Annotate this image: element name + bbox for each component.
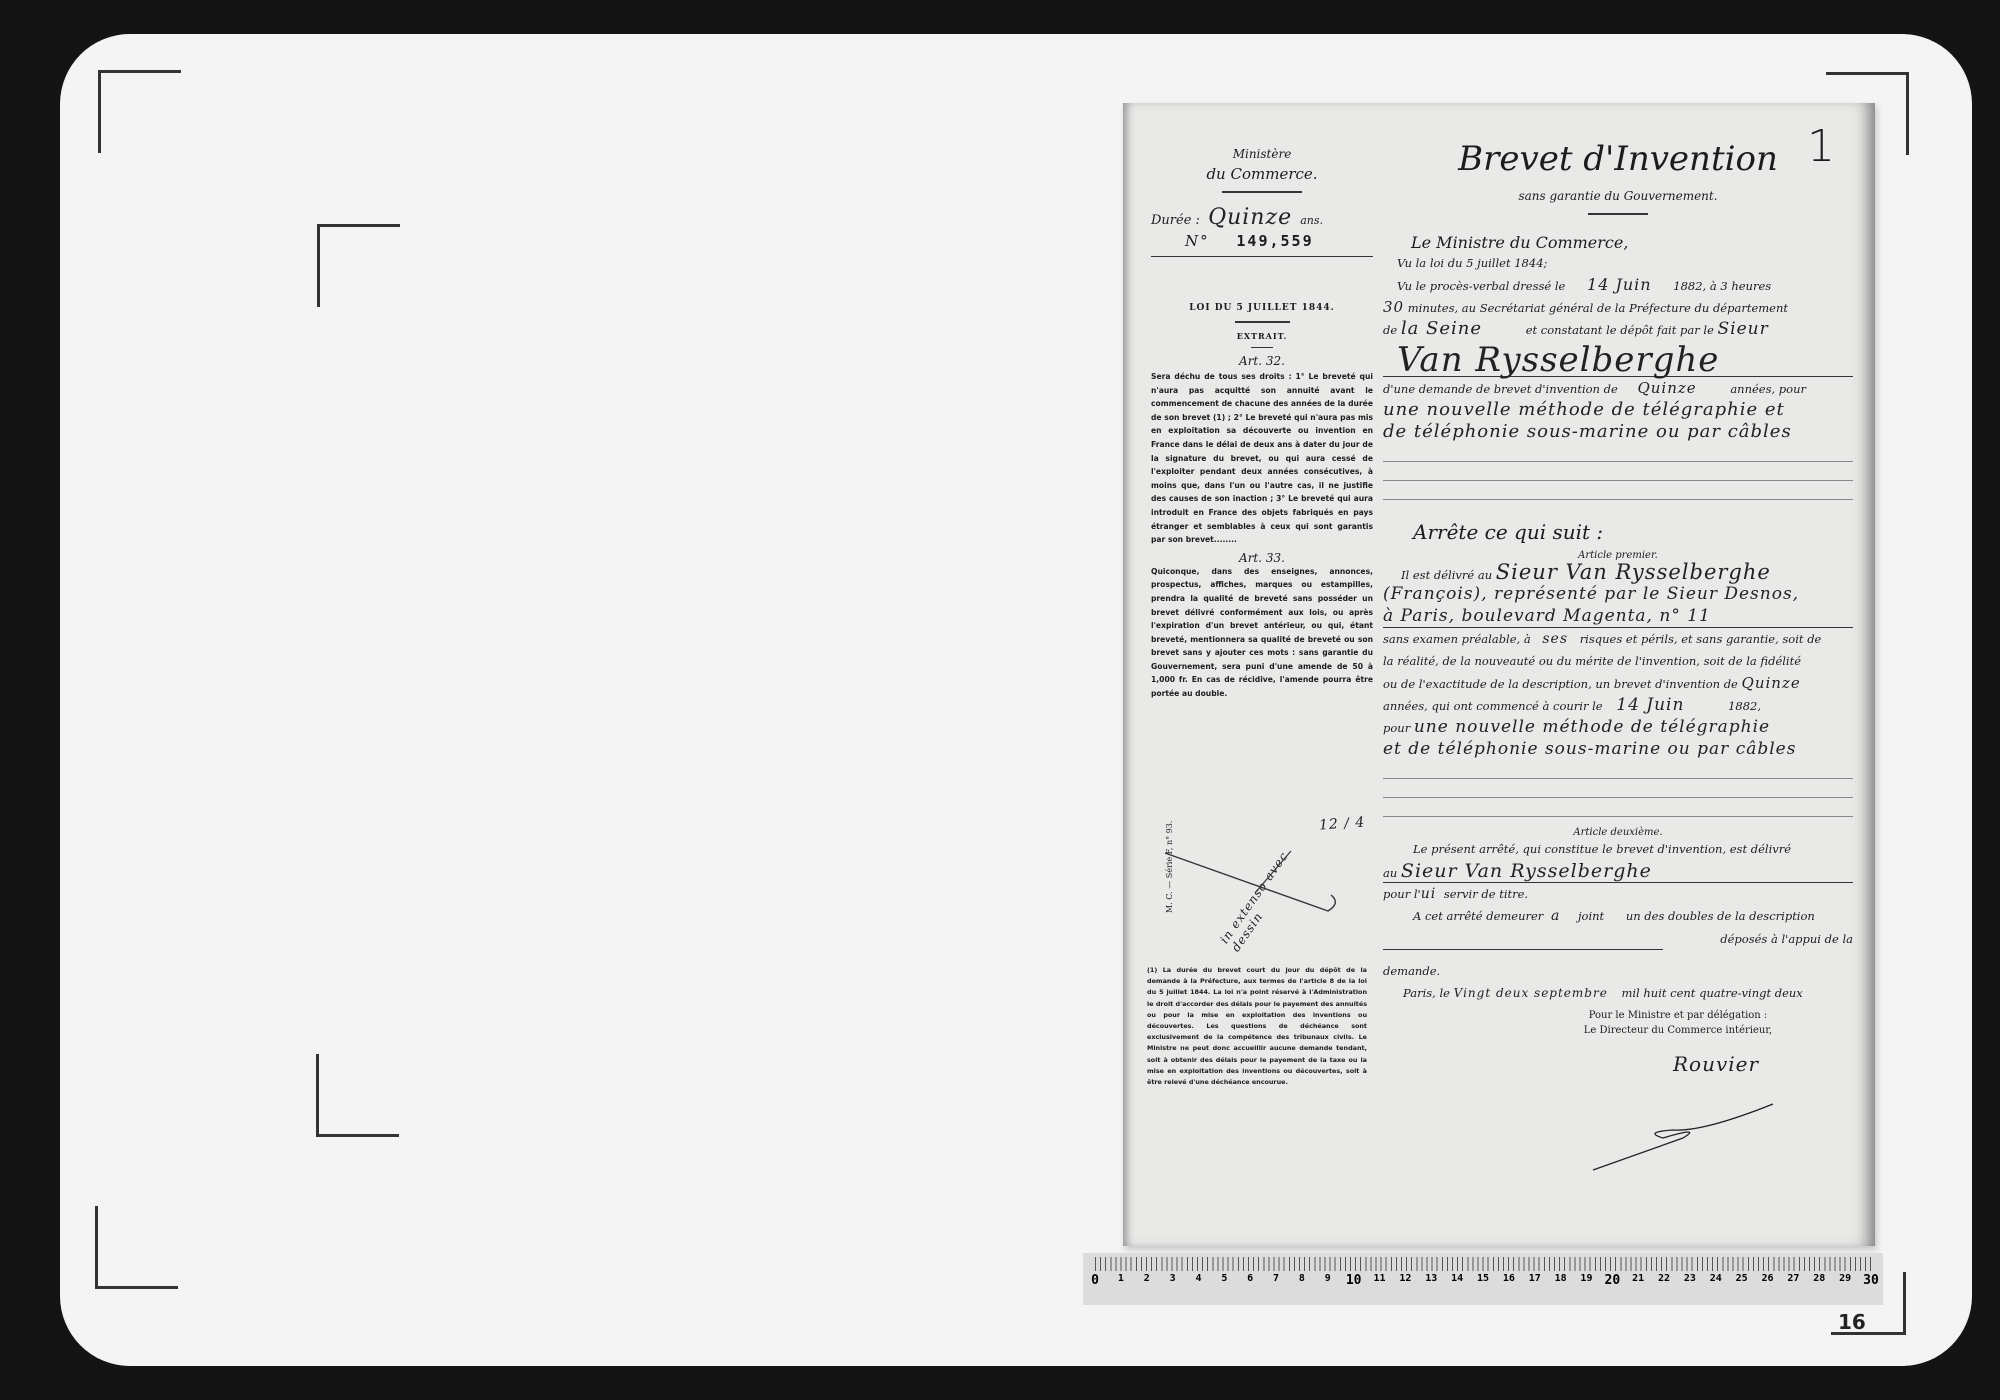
issue-date-value: Vingt deux septembre <box>1454 986 1608 1000</box>
divider <box>1251 347 1273 348</box>
ruler-label: 1 <box>1118 1273 1124 1284</box>
applicant-line: Van Rysselberghe <box>1383 340 1853 377</box>
minister-heading: Le Ministre du Commerce, <box>1383 233 1853 252</box>
department-line: de la Seine et constatant le dépôt fait … <box>1383 318 1853 340</box>
ministry-line2: du Commerce. <box>1151 165 1373 183</box>
ruler-label: 4 <box>1195 1273 1201 1284</box>
document-title: Brevet d'Invention <box>1383 139 1853 179</box>
crop-mark-outer-top-left <box>98 70 181 153</box>
ruler-label: 16 <box>1503 1273 1515 1284</box>
ruler-label: 25 <box>1736 1273 1748 1284</box>
patent-number: N° 149,559 <box>1151 232 1373 250</box>
ruler-label: 21 <box>1632 1273 1644 1284</box>
crop-mark-inner-bottom-left <box>316 1054 399 1137</box>
ruler-label: 14 <box>1451 1273 1463 1284</box>
art33-text: Quiconque, dans des enseignes, annonces,… <box>1151 565 1373 701</box>
ruler-label: 22 <box>1658 1273 1670 1284</box>
ruler-label: 6 <box>1247 1273 1253 1284</box>
invention-object-line1: une nouvelle méthode de télégraphie et <box>1383 399 1853 421</box>
ruler-label: 20 <box>1605 1273 1621 1288</box>
art33-title: Art. 33. <box>1151 551 1373 565</box>
ruler-label: 2 <box>1144 1273 1150 1284</box>
crop-mark-outer-bottom-left <box>95 1206 178 1289</box>
footnote: (1) La durée du brevet court du jour du … <box>1147 965 1367 1088</box>
representative-address: à Paris, boulevard Magenta, n° 11 <box>1383 605 1853 628</box>
signature-line1: Pour le Ministre et par délégation : <box>1383 1010 1853 1021</box>
ruler-label: 18 <box>1555 1273 1567 1284</box>
ruler-label: 0 <box>1091 1273 1099 1288</box>
law-reference: Vu la loi du 5 juillet 1844; <box>1383 252 1853 274</box>
arrete-heading: Arrête ce qui suit : <box>1383 520 1853 544</box>
law-heading: LOI DU 5 JUILLET 1844. <box>1151 303 1373 313</box>
margin-note-fraction: 12 / 4 <box>1318 814 1365 833</box>
crossed-margin-note: in extenso avec dessin <box>1163 843 1353 943</box>
applicant-name: Van Rysselberghe <box>1383 340 1719 380</box>
ruler-label: 28 <box>1813 1273 1825 1284</box>
divider <box>1235 321 1290 323</box>
ruler-label: 13 <box>1425 1273 1437 1284</box>
article1-holder: Sieur Van Rysselberghe <box>1496 560 1771 584</box>
crop-mark-inner-top-left <box>317 224 400 307</box>
ruler-label: 29 <box>1839 1273 1851 1284</box>
ruler-label: 26 <box>1762 1273 1774 1284</box>
ruler-label: 11 <box>1374 1273 1386 1284</box>
ruler-label: 15 <box>1477 1273 1489 1284</box>
ruler-label: 24 <box>1710 1273 1722 1284</box>
signature-flourish-icon <box>1583 1102 1783 1172</box>
ruler-label: 8 <box>1299 1273 1305 1284</box>
department-value: la Seine <box>1401 318 1482 339</box>
left-column: Ministère du Commerce. Durée : Quinze an… <box>1151 147 1373 701</box>
invention-object-line2: de téléphonie sous-marine ou par câbles <box>1383 421 1853 443</box>
ruler-ticks <box>1095 1257 1871 1271</box>
patent-number-value: 149,559 <box>1236 232 1313 250</box>
frame-number: 16 <box>1838 1310 1866 1334</box>
ruler-label: 23 <box>1684 1273 1696 1284</box>
art32-title: Art. 32. <box>1151 354 1373 368</box>
document-subtitle: sans garantie du Gouvernement. <box>1383 189 1853 203</box>
ruler-label: 5 <box>1221 1273 1227 1284</box>
signature: Rouvier <box>1383 1052 1853 1076</box>
ruler-label: 19 <box>1580 1273 1592 1284</box>
art32-text: Sera déchu de tous ses droits : 1° Le br… <box>1151 370 1373 547</box>
divider <box>1588 213 1648 215</box>
article2-title: Article deuxième. <box>1383 827 1853 838</box>
measurement-ruler: 0123456789101112131415161718192021222324… <box>1083 1253 1883 1305</box>
ministry-line1: Ministère <box>1151 147 1373 161</box>
patent-document-sheet: 1 Ministère du Commerce. Durée : Quinze … <box>1123 103 1875 1246</box>
pv-date: 14 Juin <box>1587 275 1652 294</box>
ruler-label: 7 <box>1273 1273 1279 1284</box>
signature-line2: Le Directeur du Commerce intérieur, <box>1383 1025 1853 1036</box>
duration-field: Durée : Quinze ans. <box>1151 205 1373 230</box>
ruler-label: 12 <box>1399 1273 1411 1284</box>
form-reference: M. C. — Série F, n° 93. <box>1165 821 1174 913</box>
ruler-label: 3 <box>1170 1273 1176 1284</box>
duration-value: Quinze <box>1208 205 1292 230</box>
ruler-label: 9 <box>1325 1273 1331 1284</box>
ruler-label: 27 <box>1787 1273 1799 1284</box>
cross-out-stroke-icon <box>1163 843 1353 943</box>
divider <box>1151 256 1373 257</box>
proces-verbal-line: Vu le procès-verbal dressé le 14 Juin 18… <box>1383 274 1853 296</box>
main-column: Brevet d'Invention sans garantie du Gouv… <box>1383 143 1853 1076</box>
issue-date-line: Paris, le Vingt deux septembre mil huit … <box>1383 982 1853 1004</box>
law-subheading: EXTRAIT. <box>1151 331 1373 341</box>
ruler-label: 30 <box>1863 1273 1879 1288</box>
ruler-label: 10 <box>1346 1273 1362 1288</box>
ruler-label: 17 <box>1529 1273 1541 1284</box>
divider <box>1222 191 1302 193</box>
